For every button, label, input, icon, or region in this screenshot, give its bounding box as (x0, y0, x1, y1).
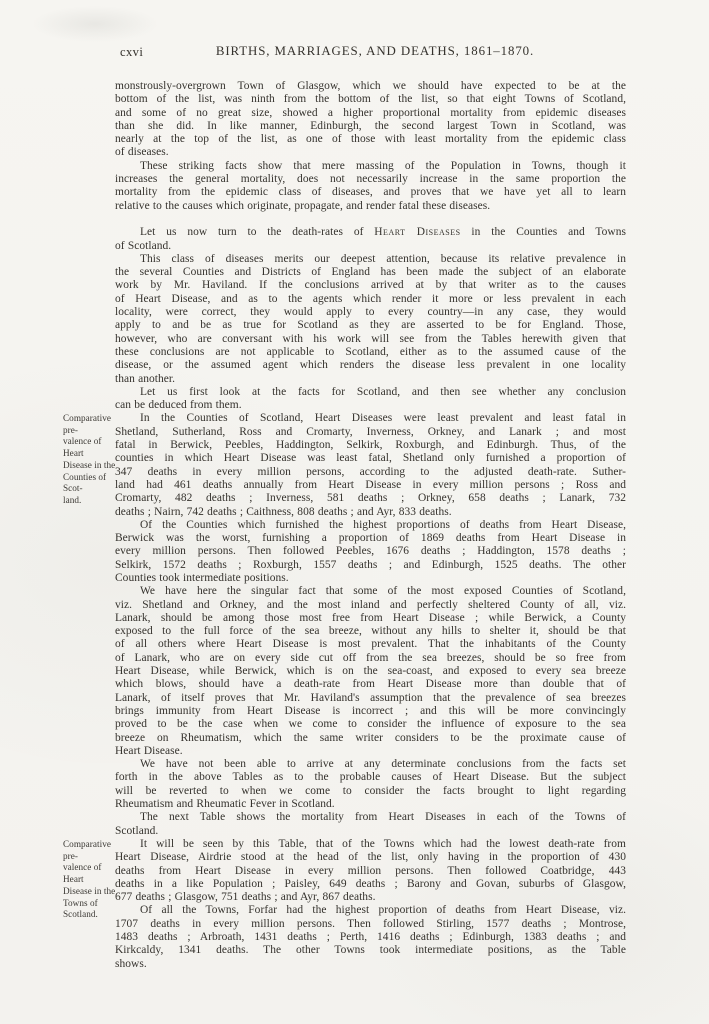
text-line: Selkirk, 1572 deaths ; Roxburgh, 1557 de… (115, 559, 626, 572)
running-title: BIRTHS, MARRIAGES, AND DEATHS, 1861–1870… (115, 44, 635, 59)
text-line: of diseases. (115, 146, 626, 159)
text-line: relative to the causes which originate, … (115, 200, 626, 213)
text-line: These striking facts show that mere mass… (115, 160, 626, 173)
margin-note-line: valence of Heart (63, 862, 119, 885)
paragraph: This class of diseases merits our deepes… (115, 253, 626, 386)
margin-note-line: Towns of Scotland. (63, 898, 119, 921)
paragraph: The next Table shows the mortality from … (115, 811, 626, 838)
text-line: Scotland. (115, 825, 626, 838)
text-line: Of all the Towns, Forfar had the highest… (115, 904, 626, 917)
text-line: shows. (115, 958, 626, 971)
text-line: It will be seen by this Table, that of t… (115, 838, 626, 851)
paragraph: These striking facts show that mere mass… (115, 160, 626, 213)
text-line: locality, were correct, they would apply… (115, 306, 626, 319)
text-line: We have here the singular fact that some… (115, 585, 626, 598)
text-line: apply to and be as true for Scotland as … (115, 319, 626, 332)
text-line: We have not been able to arrive at any d… (115, 758, 626, 771)
margin-note-line: Counties of Scot- (63, 472, 119, 495)
paragraph: We have not been able to arrive at any d… (115, 758, 626, 811)
paragraph: Of the Counties which furnished the high… (115, 519, 626, 585)
text-line: forth in the above Tables as to the prob… (115, 771, 626, 784)
text-line: Heart Disease, while Berwick, which is o… (115, 665, 626, 678)
margin-note-towns: Comparative pre-valence of HeartDisease … (63, 839, 119, 921)
text-line: fatal in Berwick, Peebles, Haddington, S… (115, 439, 626, 452)
text-line: Shetland, Sutherland, Ross and Cromarty,… (115, 426, 626, 439)
text-line: This class of diseases merits our deepes… (115, 253, 626, 266)
text-line: land had 461 deaths annually from Heart … (115, 479, 626, 492)
text-line: Kirkcaldy, 1341 deaths. The other Towns … (115, 944, 626, 957)
text-line: Counties took intermediate positions. (115, 572, 626, 585)
text-line: can be deduced from them. (115, 399, 626, 412)
text-line: mortality from the epidemic class of dis… (115, 186, 626, 199)
paragraph: monstrously-overgrown Town of Glasgow, w… (115, 80, 626, 160)
text-line: however, who are conversant with his wor… (115, 333, 626, 346)
text-line: The next Table shows the mortality from … (115, 811, 626, 824)
text-line: proved to be the case when we come to co… (115, 718, 626, 731)
text-line: Of the Counties which furnished the high… (115, 519, 626, 532)
margin-note-line: land. (63, 495, 119, 507)
text-line: monstrously-overgrown Town of Glasgow, w… (115, 80, 626, 93)
text-line: Cromarty, 482 deaths ; Inverness, 581 de… (115, 492, 626, 505)
text-line: Berwick was the worst, furnishing a prop… (115, 532, 626, 545)
paragraph: In the Counties of Scotland, Heart Disea… (115, 412, 626, 518)
scanned-book-page: cxvi BIRTHS, MARRIAGES, AND DEATHS, 1861… (0, 0, 709, 1024)
margin-note-line: Disease in the (63, 886, 119, 898)
text-line: 1483 deaths ; Arbroath, 1431 deaths ; Pe… (115, 931, 626, 944)
page-body-text: monstrously-overgrown Town of Glasgow, w… (115, 80, 626, 971)
paragraph: We have here the singular fact that some… (115, 585, 626, 758)
text-line: 1707 deaths in every million persons. Th… (115, 918, 626, 931)
small-caps-phrase: Heart Diseases (374, 226, 460, 238)
text-line: In the Counties of Scotland, Heart Disea… (115, 412, 626, 425)
text-line: 347 deaths in every million persons, acc… (115, 466, 626, 479)
text-line: counties in which Heart Disease was leas… (115, 452, 626, 465)
text-line: the several Counties and Districts of En… (115, 266, 626, 279)
text-line: Heart Disease, Airdrie stood at the head… (115, 851, 626, 864)
paragraph: It will be seen by this Table, that of t… (115, 838, 626, 904)
text-line: which blows, should have a death-rate fr… (115, 678, 626, 691)
paragraph: Of all the Towns, Forfar had the highest… (115, 904, 626, 970)
text-line: and some of no great size, showed a high… (115, 107, 626, 120)
margin-note-line: valence of Heart (63, 436, 119, 459)
text-line: will be reverted to when we come to cons… (115, 785, 626, 798)
margin-note-counties: Comparative pre-valence of HeartDisease … (63, 413, 119, 507)
text-line: exposed to the full force of the sea bre… (115, 625, 626, 638)
text-line: Let us first look at the facts for Scotl… (115, 386, 626, 399)
text-line: than another. (115, 373, 626, 386)
text-line: bottom of the list, was ninth from the b… (115, 93, 626, 106)
margin-note-line: Comparative pre- (63, 413, 119, 436)
paragraph: Let us first look at the facts for Scotl… (115, 386, 626, 413)
text-line: Lanark, of itself proves that Mr. Havila… (115, 692, 626, 705)
text-line: deaths in a like Population ; Paisley, 6… (115, 878, 626, 891)
text-line: every million persons. Then followed Pee… (115, 545, 626, 558)
text-line: of Lanark, who are on every side cut off… (115, 652, 626, 665)
text-line: disease, or the assumed agent which rend… (115, 359, 626, 372)
margin-note-line: Comparative pre- (63, 839, 119, 862)
text-line: of all others where Heart Disease is mos… (115, 638, 626, 651)
text-line: work by Mr. Haviland. If the conclusions… (115, 279, 626, 292)
text-line: deaths ; Nairn, 742 deaths ; Caithness, … (115, 506, 626, 519)
margin-note-line: Disease in the (63, 460, 119, 472)
text-line: brings immunity from Heart Disease is in… (115, 705, 626, 718)
text-line: than she did. In like manner, Edinburgh,… (115, 120, 626, 133)
text-line: these conclusions are not applicable to … (115, 346, 626, 359)
text-line: Let us now turn to the death-rates of He… (115, 226, 626, 239)
text-line: of Scotland. (115, 240, 626, 253)
text-line: deaths from Heart Disease in every milli… (115, 865, 626, 878)
text-line: viz. Shetland and Orkney, and the most i… (115, 599, 626, 612)
text-line: increases the general mortality, does no… (115, 173, 626, 186)
text-line: 677 deaths ; Glasgow, 751 deaths ; and A… (115, 891, 626, 904)
text-line: of Heart Disease, and as to the agents w… (115, 293, 626, 306)
paragraph: Let us now turn to the death-rates of He… (115, 226, 626, 253)
text-line: Rheumatism and Rheumatic Fever in Scotla… (115, 798, 626, 811)
text-line: Heart Disease. (115, 745, 626, 758)
text-line: Lanark, should be among those most free … (115, 612, 626, 625)
text-line: breeze on Rheumatism, which the same wri… (115, 732, 626, 745)
text-line: nearly at the top of the list, as one of… (115, 133, 626, 146)
